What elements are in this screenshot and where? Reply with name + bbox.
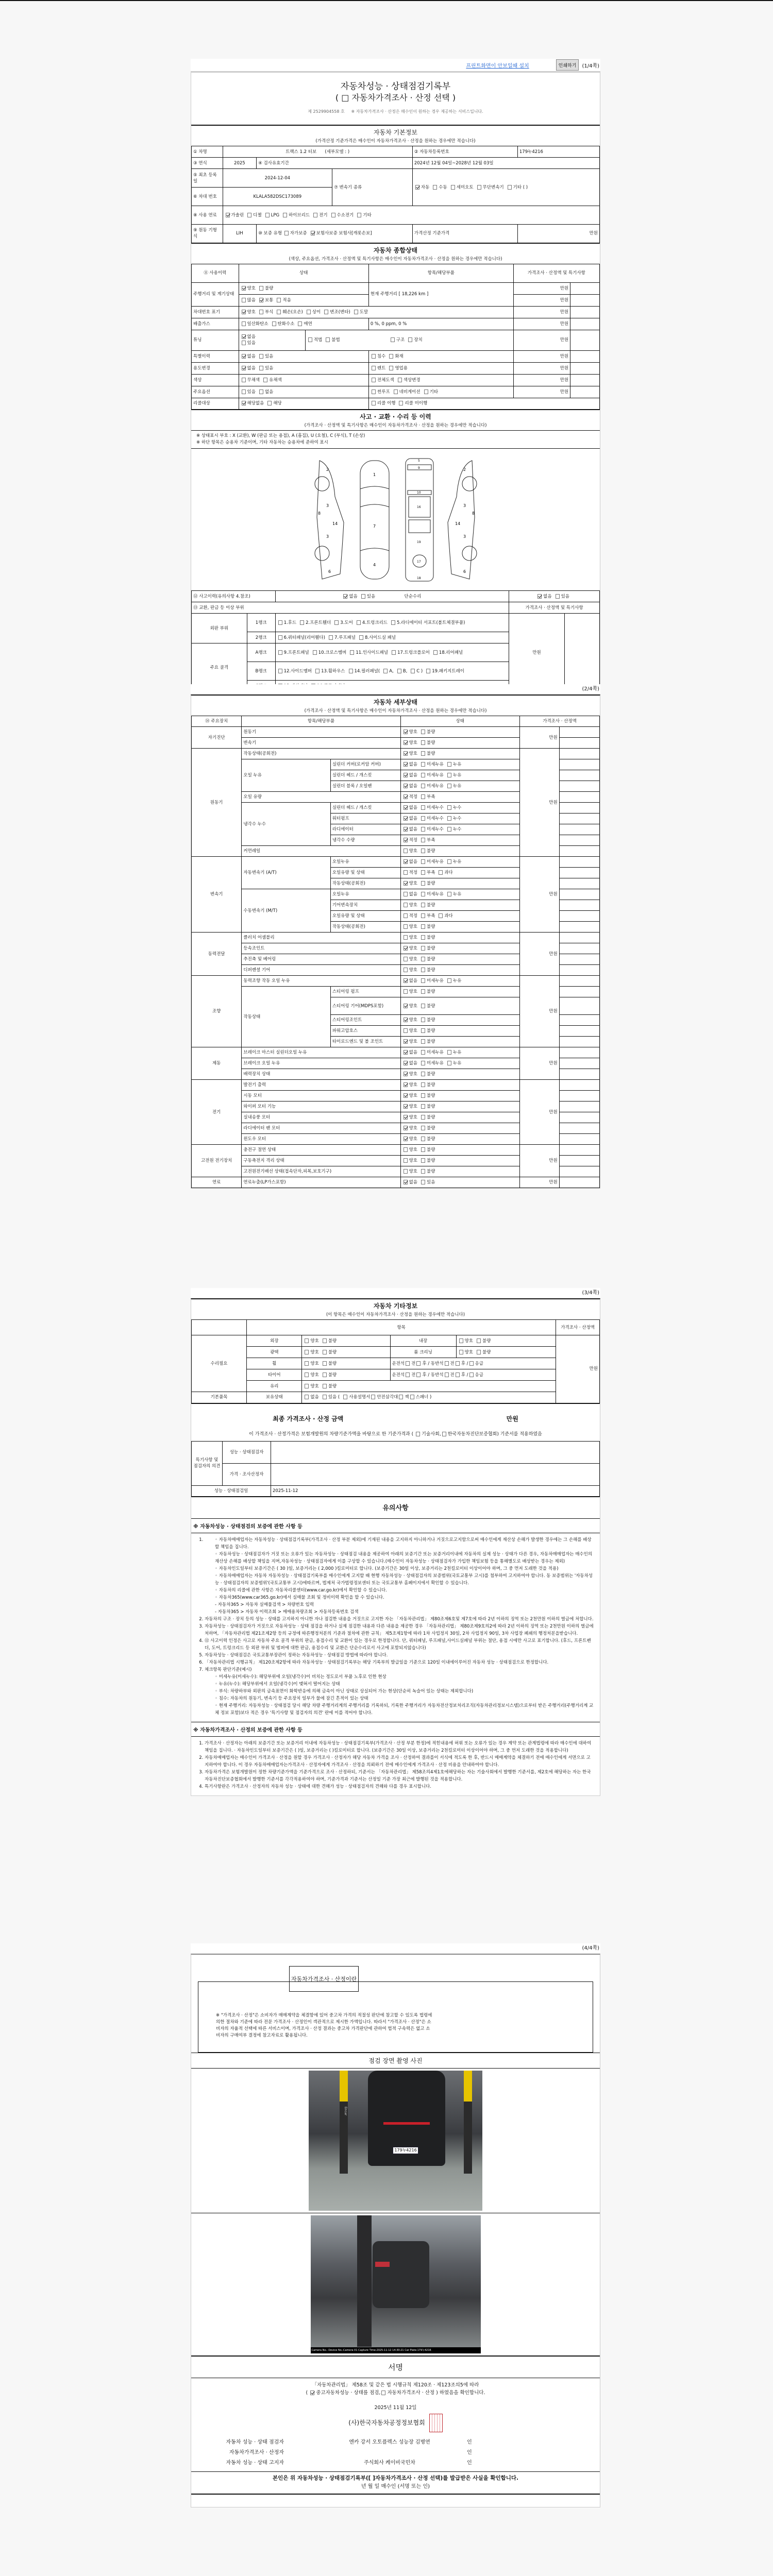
page-indicator: (4/4쪽) [191, 1943, 600, 1954]
checkbox[interactable] [404, 730, 408, 734]
svg-text:1: 1 [373, 472, 376, 477]
checkbox[interactable] [421, 935, 425, 940]
svg-text:3: 3 [326, 503, 329, 508]
notes-section-2: 가격조사 · 산정자는 아래의 보증기간 또는 보증거리 이내에 자동차성능 ·… [191, 1737, 600, 1795]
checkbox[interactable] [421, 762, 425, 767]
table-row: 주행거리 및 계기상태양호불량현재 주행거리 [ 18,226 km ]만원 [192, 282, 600, 294]
table-row: 원동기작동상태(공회전)양호불량만원 [192, 749, 600, 759]
checkbox[interactable] [315, 669, 320, 673]
checkbox[interactable] [404, 773, 408, 777]
checkbox[interactable] [392, 650, 396, 655]
checkbox[interactable] [389, 354, 393, 359]
other-info-table: 항목가격조사 · 산정액수리필요외장양호불량내장양호불량만원광택양호불량룸 크리… [191, 1319, 600, 1404]
checkbox[interactable] [371, 1395, 375, 1399]
checkbox[interactable] [397, 669, 401, 673]
svg-text:3: 3 [463, 503, 466, 508]
doc-title-line2: ( □ 자동차가격조사 · 산정 선택 ) [191, 92, 600, 104]
confirm-checkbox-price[interactable] [381, 2391, 385, 2395]
checkbox[interactable] [359, 635, 363, 640]
checkbox[interactable] [421, 784, 425, 788]
signature-title: 서명 [191, 2355, 600, 2378]
appraiser-opinion [271, 1463, 600, 1485]
checkbox[interactable] [404, 1093, 408, 1098]
inspection-date: 2025-11-12 [271, 1485, 600, 1497]
official-seal-icon [429, 2414, 443, 2432]
checkbox[interactable] [305, 1384, 309, 1388]
checkbox[interactable] [404, 1028, 408, 1033]
checkbox[interactable] [283, 213, 287, 217]
checkbox[interactable] [323, 1372, 327, 1377]
checkbox[interactable] [284, 231, 289, 235]
basis-statement: 이 가격조사 · 산정가격은 보험개발원의 차량기준가액을 바탕으로 한 기준가… [191, 1430, 600, 1441]
doc-title-line1: 자동차성능 · 상태점검기록부 [191, 81, 600, 92]
checkbox[interactable] [421, 881, 425, 886]
svg-text:3: 3 [326, 534, 329, 539]
checkbox[interactable] [242, 334, 246, 339]
checkbox[interactable] [372, 401, 376, 405]
checkbox[interactable] [242, 341, 246, 345]
checkbox[interactable] [404, 1169, 408, 1174]
confirm-checkbox-inspection[interactable] [310, 2391, 314, 2395]
transmission-options: 자동수동세미오토무단변속기기타 ( ) [412, 169, 599, 206]
checkbox[interactable] [424, 389, 428, 394]
checkbox[interactable] [404, 978, 408, 983]
seal-mark: 인 [454, 2458, 485, 2468]
seal-mark: 인 [454, 2448, 485, 2458]
checkbox[interactable] [259, 366, 263, 370]
checkbox[interactable] [311, 231, 315, 235]
checkbox[interactable] [372, 366, 376, 370]
checkbox[interactable] [404, 1004, 408, 1008]
checkbox[interactable] [323, 1395, 327, 1399]
car-name: 트랙스 1.2 터보 [285, 149, 316, 155]
checkbox[interactable] [391, 337, 395, 342]
page-1: 프린트화면이 안보일때 설치 인쇄하기 (1/4쪽) 자동차성능 · 상태점검기… [191, 59, 600, 692]
checkbox[interactable] [447, 859, 451, 864]
svg-text:4: 4 [373, 563, 376, 567]
table-row: 제동브레이크 마스터 실린더오일 누유없음미세누유누유만원 [192, 1047, 600, 1058]
checkbox[interactable] [242, 354, 246, 359]
page-indicator: (2/4쪽) [191, 684, 600, 694]
basis-checkbox-2[interactable] [442, 1432, 446, 1436]
checkbox[interactable] [278, 635, 282, 640]
checkbox[interactable] [421, 924, 425, 929]
checkbox[interactable] [421, 1028, 425, 1033]
table-row: 변속기자동변속기 (A/T)오일누유없음미세누유누유만원 [192, 857, 600, 868]
checkbox[interactable] [426, 669, 430, 673]
checkbox[interactable] [477, 1338, 481, 1343]
signer-row: 자동차 성능 · 상태 점검자엔카 강서 오토플렉스 성능장 김병연인 [191, 2437, 600, 2448]
checkbox[interactable] [404, 1126, 408, 1130]
notes-section-1-title: ※ 자동차성능 · 상태점검의 보증에 관한 사항 등 [191, 1518, 600, 1533]
checkbox[interactable] [416, 1372, 421, 1377]
checkbox[interactable] [404, 1137, 408, 1141]
checkbox[interactable] [331, 213, 335, 217]
checkbox[interactable] [404, 1104, 408, 1109]
table-row: 용도변경없음있음렌트영업용만원 [192, 362, 600, 374]
checkbox[interactable] [242, 310, 246, 314]
table-row: 주요옵션있음없음썬루프네비게이션기타만원 [192, 386, 600, 398]
accident-title: 사고 · 교환 · 수리 등 이력 [191, 410, 600, 421]
checkbox[interactable] [459, 1350, 463, 1354]
checkbox[interactable] [354, 310, 358, 314]
checkbox[interactable] [399, 1395, 403, 1399]
checkbox[interactable] [278, 650, 282, 655]
checkbox[interactable] [456, 1372, 460, 1377]
checkbox[interactable] [421, 849, 425, 853]
checkbox[interactable] [421, 968, 425, 972]
checkbox[interactable] [508, 185, 512, 190]
checkbox[interactable] [477, 1350, 481, 1354]
checkbox[interactable] [421, 1093, 425, 1098]
checkbox[interactable] [421, 1018, 425, 1022]
checkbox[interactable] [421, 989, 425, 994]
organization-name: (사)한국자동차공정정보협회 [348, 2419, 425, 2427]
checkbox[interactable] [372, 354, 376, 359]
svg-text:6: 6 [328, 569, 331, 574]
checkbox[interactable] [421, 740, 425, 745]
checkbox[interactable] [305, 1338, 309, 1343]
buyer-confirmation: 본인은 위 자동차성능 · 상태점검기록부([ ]자동차가격조사 · 산정 선택… [191, 2471, 600, 2495]
checkbox[interactable] [537, 594, 542, 599]
checkbox[interactable] [447, 762, 451, 767]
svg-text:2: 2 [326, 467, 329, 472]
checkbox[interactable] [404, 1082, 408, 1087]
svg-text:6: 6 [463, 569, 466, 574]
checkbox[interactable] [247, 213, 251, 217]
checkbox[interactable] [404, 1180, 408, 1184]
checkbox[interactable] [421, 827, 425, 832]
warranty-options: 자가보증보험사보증 보험사[캐롯손보] [283, 231, 375, 236]
checkbox[interactable] [404, 892, 408, 896]
svg-text:19: 19 [417, 540, 421, 544]
car-diagram: 2331486 174 591016191718 2331486 [191, 449, 600, 590]
checkbox[interactable] [226, 213, 230, 217]
checkbox[interactable] [421, 1104, 425, 1109]
checkbox[interactable] [404, 924, 408, 929]
checkbox[interactable] [404, 1072, 408, 1076]
checkbox[interactable] [404, 827, 408, 832]
price-service-title: 자동차가격조사 · 산정이란 [289, 1966, 359, 1992]
checkbox[interactable] [349, 669, 353, 673]
checkbox[interactable] [406, 1372, 410, 1377]
checkbox[interactable] [357, 213, 361, 217]
checkbox[interactable] [277, 298, 281, 302]
checkbox[interactable] [421, 1050, 425, 1055]
checkbox[interactable] [259, 286, 263, 291]
checkbox[interactable] [421, 957, 425, 961]
checkbox[interactable] [445, 1361, 449, 1366]
checkbox[interactable] [305, 1361, 309, 1366]
checkbox[interactable] [404, 903, 408, 907]
checkbox[interactable] [242, 389, 246, 394]
signature-date: 2025년 11월 12일 [191, 2404, 600, 2412]
car-right-side-icon: 2331486 [444, 455, 480, 584]
svg-text:8: 8 [472, 511, 475, 516]
other-note: (이 항목은 매수인이 자동차가격조사 · 산정을 원하는 경우에만 적습니다) [191, 1310, 600, 1319]
checkbox[interactable] [421, 903, 425, 907]
price-service-info: 자동차가격조사 · 산정이란 ※ "가격조사 · 산정"은 소비자가 매매계약을… [191, 1955, 600, 2053]
checkbox[interactable] [242, 401, 246, 405]
table-row: 자기진단원동기양호불량만원 [192, 727, 600, 738]
basic-info-table: ① 차명트랙스 1.2 터보 (세부모델 : )② 자동차등록번호179누421… [191, 146, 600, 244]
checkbox[interactable] [556, 594, 560, 599]
checkbox[interactable] [421, 1169, 425, 1174]
first-reg-date: 2024-12-04 [223, 169, 332, 188]
checkbox[interactable] [307, 310, 311, 314]
checkbox[interactable] [305, 1395, 309, 1399]
checkbox[interactable] [242, 298, 246, 302]
checkbox[interactable] [242, 321, 246, 326]
accident-table: ⑫ 사고이력(유의사항 4.참조)없음있음 단순수리없음있음⑬ 교환, 판금 등… [191, 590, 600, 692]
detail-table: ⑭ 주요장치항목/해당부품상태가격조사 · 산정액자기진단원동기양호불량만원변속… [191, 716, 600, 1188]
checkbox[interactable] [404, 849, 408, 853]
checkbox[interactable] [469, 1372, 474, 1377]
checkbox[interactable] [433, 185, 437, 190]
checkbox[interactable] [447, 816, 451, 821]
checkbox[interactable] [265, 213, 270, 217]
checkbox[interactable] [404, 1158, 408, 1163]
checkbox[interactable] [242, 378, 246, 382]
inspector-opinion [271, 1441, 600, 1463]
checkbox[interactable] [469, 1361, 474, 1366]
checkbox[interactable] [404, 968, 408, 972]
table-row: 리콜대상해당없음해당리콜 이행리콜 미이행 [192, 398, 600, 410]
checkbox[interactable] [404, 838, 408, 842]
fuel-options: 가솔린디젤LPG하이브리드전기수소전기기타 [223, 206, 599, 225]
checkbox[interactable] [343, 1395, 347, 1399]
checkbox[interactable] [277, 310, 281, 314]
checkbox[interactable] [305, 1350, 309, 1354]
current-mileage: 현재 주행거리 [ 18,226 km ] [368, 282, 513, 306]
checkbox[interactable] [404, 740, 408, 745]
notes-section-1: 자동차매매업자는 자동차성능 · 상태점검기록부(가격조사 · 산정 부분 제외… [191, 1533, 600, 1722]
checkbox[interactable] [323, 1361, 327, 1366]
checkbox[interactable] [398, 378, 402, 382]
checkbox[interactable] [259, 298, 263, 302]
checkbox[interactable] [242, 286, 246, 291]
checkbox[interactable] [404, 859, 408, 864]
table-row: 동력전달클러치 어셈블리양호불량만원 [192, 933, 600, 943]
svg-text:16: 16 [417, 505, 421, 509]
checkbox[interactable] [313, 650, 317, 655]
inspection-photo-rear: Camera No.: Device No.:Camera 01 Capture… [311, 2215, 481, 2353]
checkbox[interactable] [406, 1361, 410, 1366]
checkbox[interactable] [324, 310, 328, 314]
checkbox[interactable] [372, 378, 376, 382]
checkbox[interactable] [416, 1361, 421, 1366]
checkbox[interactable] [259, 354, 263, 359]
checkbox[interactable] [391, 620, 395, 625]
checkbox[interactable] [421, 773, 425, 777]
checkbox[interactable] [372, 389, 376, 394]
svg-text:10: 10 [417, 491, 421, 495]
print-guide-link[interactable]: 프린트화면이 안보일때 설치 [466, 61, 529, 69]
checkbox[interactable] [421, 870, 425, 875]
checkbox[interactable] [404, 946, 408, 951]
checkbox[interactable] [323, 1384, 327, 1388]
checkbox[interactable] [305, 1372, 309, 1377]
checkbox[interactable] [477, 185, 481, 190]
checkbox[interactable] [389, 366, 393, 370]
svg-text:18: 18 [417, 577, 421, 580]
car-top-view-icon: 174 [354, 455, 395, 584]
checkbox[interactable] [404, 805, 408, 810]
checkbox[interactable] [447, 773, 451, 777]
checkbox[interactable] [421, 946, 425, 951]
svg-text:3: 3 [463, 534, 466, 539]
checkbox[interactable] [421, 1115, 425, 1120]
checkbox[interactable] [439, 913, 443, 918]
inspection-period: 2024년 12월 04일~2028년 12월 03일 [412, 158, 599, 169]
basic-info-title: 자동차 기본정보 [191, 126, 600, 137]
engine-type: LIH [223, 225, 257, 243]
checkbox[interactable] [421, 1004, 425, 1008]
checkbox[interactable] [421, 1039, 425, 1044]
checkbox[interactable] [404, 989, 408, 994]
checkbox[interactable] [326, 337, 330, 342]
checkbox[interactable] [357, 620, 361, 625]
svg-text:7: 7 [373, 524, 376, 529]
checkbox[interactable] [447, 892, 451, 896]
final-price: 최종 가격조사 · 산정 금액만원 [191, 1404, 600, 1430]
checkbox[interactable] [447, 978, 451, 983]
checkbox[interactable] [433, 650, 438, 655]
checkbox[interactable] [404, 816, 408, 821]
checkbox[interactable] [415, 185, 419, 190]
window-top-border [0, 0, 773, 1]
notes-title: 유의사항 [191, 1497, 600, 1518]
checkbox[interactable] [329, 635, 333, 640]
checkbox[interactable] [421, 794, 425, 799]
checkbox[interactable] [408, 337, 412, 342]
doc-notice: ※ 자동차가격조사 · 산정은 매수인이 원하는 경우 제공하는 서비스입니다. [351, 109, 483, 114]
checkbox[interactable] [361, 594, 365, 599]
checkbox[interactable] [300, 620, 304, 625]
checkbox[interactable] [404, 1039, 408, 1044]
checkbox[interactable] [272, 321, 276, 326]
checkbox[interactable] [404, 1018, 408, 1022]
checkbox[interactable] [313, 213, 317, 217]
checkbox[interactable] [404, 794, 408, 799]
print-button[interactable]: 인쇄하기 [556, 59, 579, 71]
checkbox[interactable] [242, 366, 246, 370]
checkbox[interactable] [421, 838, 425, 842]
model-year: 2025 [223, 158, 257, 169]
checkbox[interactable] [278, 620, 282, 625]
checkbox[interactable] [410, 1395, 414, 1399]
checkbox[interactable] [421, 730, 425, 734]
svg-text:17: 17 [417, 560, 421, 564]
checkbox[interactable] [334, 620, 339, 625]
notes-section-2-title: ※ 자동차가격조사 · 산정의 보증에 관한 사항 등 [191, 1722, 600, 1737]
checkbox[interactable] [447, 1050, 451, 1055]
photo-caption: Camera No.: Device No.:Camera 01 Capture… [311, 2347, 481, 2353]
page-indicator: (1/4쪽) [582, 61, 599, 69]
checkbox[interactable] [404, 762, 408, 767]
checkbox[interactable] [421, 1137, 425, 1141]
checkbox[interactable] [278, 669, 282, 673]
print-toolbar: 프린트화면이 안보일때 설치 인쇄하기 (1/4쪽) [191, 59, 600, 71]
checkbox[interactable] [421, 913, 425, 918]
checkbox[interactable] [399, 401, 403, 405]
checkbox[interactable] [323, 1350, 327, 1354]
checkbox[interactable] [350, 650, 354, 655]
svg-text:8: 8 [318, 511, 321, 516]
svg-text:14: 14 [332, 521, 338, 526]
svg-text:14: 14 [455, 521, 460, 526]
checkbox[interactable] [404, 751, 408, 756]
checkbox[interactable] [421, 816, 425, 821]
checkbox[interactable] [394, 389, 398, 394]
license-plate: 179누4216 [393, 2147, 418, 2154]
checkbox[interactable] [267, 401, 272, 405]
checkbox[interactable] [421, 1082, 425, 1087]
checkbox[interactable] [298, 321, 302, 326]
checkbox[interactable] [404, 1061, 408, 1065]
checkbox[interactable] [421, 892, 425, 896]
checkbox[interactable] [421, 1126, 425, 1130]
checkbox[interactable] [447, 1061, 451, 1065]
other-title: 자동차 기타정보 [191, 1299, 600, 1310]
checkbox[interactable] [447, 805, 451, 810]
basis-checkbox-1[interactable] [416, 1432, 420, 1436]
checkbox[interactable] [445, 1372, 449, 1377]
checkbox[interactable] [456, 1361, 460, 1366]
checkbox[interactable] [421, 1147, 425, 1152]
table-row: 조향동력조향 작동 오일 누유없음미세누유누유만원 [192, 976, 600, 987]
vin: KLALA582DSC173089 [223, 188, 332, 206]
checkbox[interactable] [421, 1180, 425, 1184]
checkbox[interactable] [263, 378, 267, 382]
checkbox[interactable] [404, 1147, 408, 1152]
checkbox[interactable] [259, 389, 263, 394]
checkbox[interactable] [421, 1158, 425, 1163]
checkbox[interactable] [404, 913, 408, 918]
checkbox[interactable] [447, 784, 451, 788]
checkbox[interactable] [259, 310, 263, 314]
signature-section: 「자동차관리법」 제58조 및 같은 법 시행규칙 제120조 · 제123조의… [191, 2378, 600, 2471]
checkbox[interactable] [421, 859, 425, 864]
checkbox[interactable] [383, 669, 388, 673]
checkbox[interactable] [404, 1050, 408, 1055]
doc-number: 제 2529904558 호 [308, 109, 344, 114]
checkbox[interactable] [404, 935, 408, 940]
checkbox[interactable] [411, 669, 415, 673]
car-left-side-icon: 2331486 [312, 455, 348, 584]
checkbox[interactable] [421, 805, 425, 810]
checkbox[interactable] [451, 185, 455, 190]
table-row: 고전원 전기장치충전구 절연 상태양호불량만원 [192, 1145, 600, 1156]
checkbox[interactable] [459, 1338, 463, 1343]
checkbox[interactable] [404, 784, 408, 788]
checkbox[interactable] [421, 978, 425, 983]
checkbox[interactable] [439, 870, 443, 875]
checkbox[interactable] [308, 337, 312, 342]
checkbox[interactable] [421, 1061, 425, 1065]
page-2: (2/4쪽) 자동차 세부상태 (가격조사 · 산정액 및 특기사항은 매수인이… [191, 684, 600, 1189]
checkbox[interactable] [421, 1072, 425, 1076]
checkbox[interactable] [404, 1115, 408, 1120]
reg-number: 179누4216 [517, 146, 599, 158]
checkbox[interactable] [404, 881, 408, 886]
checkbox[interactable] [447, 827, 451, 832]
checkbox[interactable] [343, 594, 347, 599]
checkbox[interactable] [404, 870, 408, 875]
checkbox[interactable] [323, 1338, 327, 1343]
checkbox[interactable] [404, 957, 408, 961]
checkbox[interactable] [421, 751, 425, 756]
